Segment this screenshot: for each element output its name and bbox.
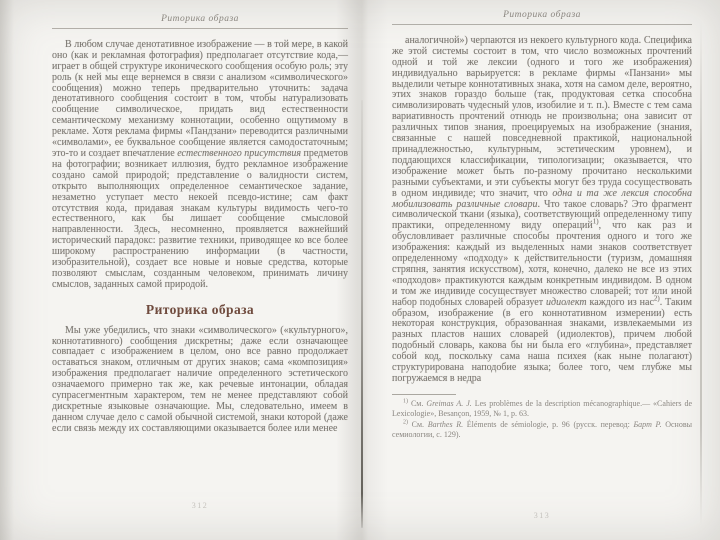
left-head-rule: [52, 28, 348, 29]
left-paragraph-2: Мы уже убедились, что знаки «символическ…: [52, 326, 348, 435]
left-page: Риторика образа В любом случае денотатив…: [52, 14, 348, 514]
right-page: Риторика образа аналогичной») черпаются …: [392, 10, 692, 522]
book-scan: Риторика образа В любом случае денотатив…: [0, 0, 720, 540]
right-paragraph: аналогичной») черпаются из некоего культ…: [392, 36, 692, 385]
footnote-rule: [392, 394, 456, 395]
footnote-block: 1) См. Greimas A. J. Les problèmes de la…: [392, 394, 692, 439]
footnote-2: 2) См. Barthes R. Éléments de sémiologie…: [392, 420, 692, 439]
scan-edge-left: [0, 0, 14, 540]
left-paragraph-1: В любом случае денотативное изображение …: [52, 40, 348, 291]
right-page-number: 313: [392, 511, 692, 522]
left-running-head: Риторика образа: [52, 14, 348, 25]
spine-line: [361, 100, 363, 528]
right-head-rule: [392, 24, 692, 25]
right-running-head: Риторика образа: [392, 10, 692, 21]
footnote-1: 1) См. Greimas A. J. Les problèmes de la…: [392, 399, 692, 418]
page-edge-right: [700, 20, 702, 525]
left-page-number: 312: [52, 501, 348, 512]
section-heading: Риторика образа: [52, 305, 348, 316]
